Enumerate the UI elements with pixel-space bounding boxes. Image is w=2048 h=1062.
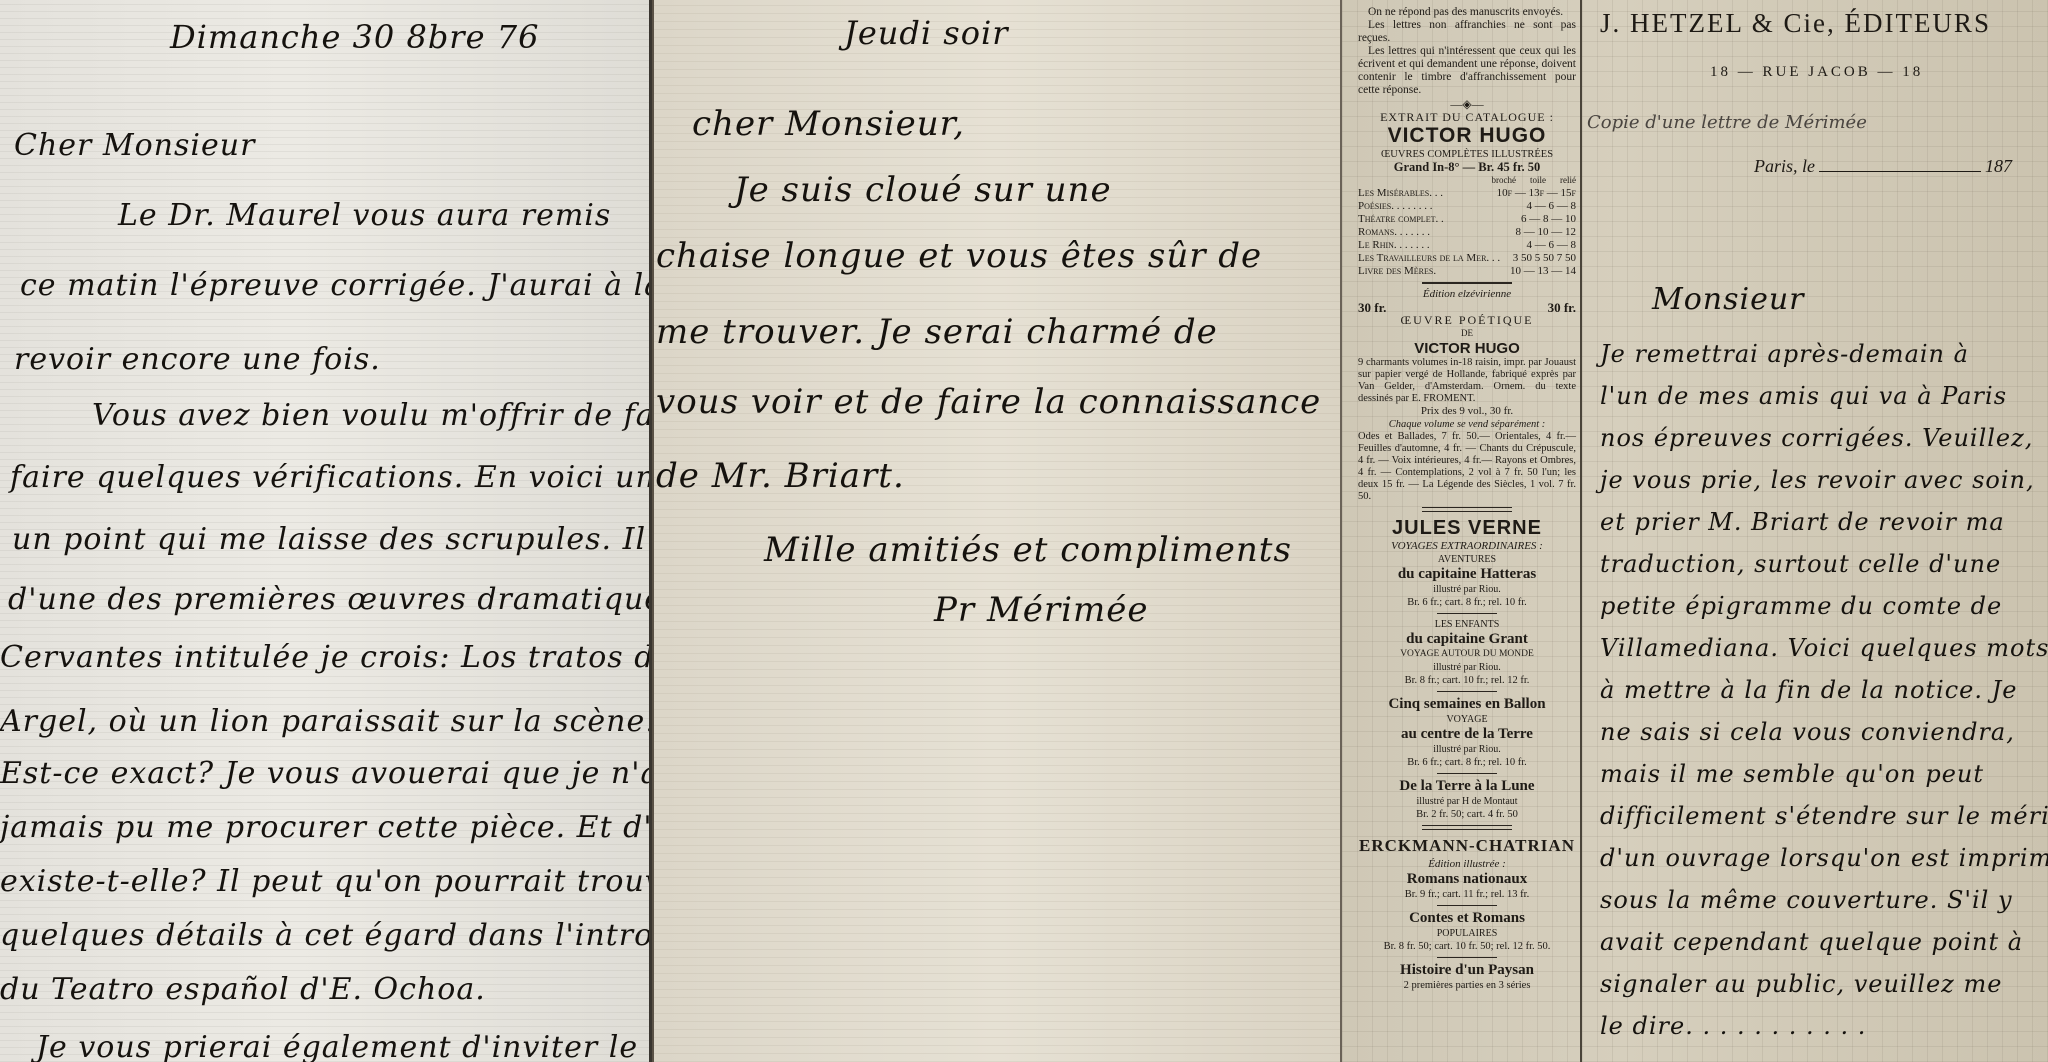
year-prefix: 187 [1985, 156, 2012, 176]
elzevir-title: ŒUVRE POÉTIQUE [1358, 314, 1576, 327]
catalogue-row: Théatre complet. .6 — 8 — 10 [1358, 213, 1576, 226]
row-title: Les Misérables. . . [1358, 187, 1443, 200]
book-illustrator: illustré par H de Montaut [1358, 795, 1576, 808]
book-sub: POPULAIRES [1358, 927, 1576, 940]
row-prices: 4 — 6 — 8 [1527, 239, 1577, 252]
catalogue-row: Livre des Mères.10 — 13 — 14 [1358, 265, 1576, 278]
book-price: 2 premières parties en 3 séries [1358, 979, 1576, 992]
row-title: Théatre complet. . [1358, 213, 1444, 226]
row-prices: 4 — 6 — 8 [1527, 200, 1577, 213]
column-header: relié [1560, 174, 1576, 187]
catalogue-column: On ne répond pas des manuscrits envoyés.… [1354, 0, 1582, 1062]
row-prices: 6 — 8 — 10 [1521, 213, 1576, 226]
divider [1437, 691, 1497, 692]
letter-line: quelques détails à cet égard dans l'intr… [0, 918, 652, 953]
letterhead-page: On ne répond pas des manuscrits envoyés.… [1342, 0, 2048, 1062]
letter-line: Le Dr. Maurel vous aura remis [118, 198, 611, 233]
book-title: Contes et Romans [1358, 910, 1576, 927]
verne-book: LES ENFANTS du capitaine Grant VOYAGE AU… [1358, 618, 1576, 687]
letter-line: me trouver. Je serai charmé de [656, 312, 1218, 352]
divider [1422, 825, 1512, 830]
letter-line: Argel, où un lion paraissait sur la scèn… [0, 704, 652, 739]
letter-line: mais il me semble qu'on peut [1600, 760, 1984, 788]
letter-page-left: Dimanche 30 8bre 76 Cher Monsieur Le Dr.… [0, 0, 652, 1062]
row-title: Romans. . . . . . . [1358, 226, 1430, 239]
letter-line: Villamediana. Voici quelques mots [1600, 634, 2048, 662]
divider [1437, 773, 1497, 774]
book-price: Br. 9 fr.; cart. 11 fr.; rel. 13 fr. [1358, 888, 1576, 901]
catalogue-notice: On ne répond pas des manuscrits envoyés.… [1358, 6, 1576, 97]
catalogue-row: Le Rhin. . . . . . .4 — 6 — 8 [1358, 239, 1576, 252]
book-illustrator: illustré par Riou. [1358, 661, 1576, 674]
letter-line: un point qui me laisse des scrupules. Il… [12, 522, 652, 557]
catalogue-row: Romans. . . . . . .8 — 10 — 12 [1358, 226, 1576, 239]
letter-line: ne sais si cela vous conviendra, [1600, 718, 2015, 746]
book-illustrator: illustré par Riou. [1358, 743, 1576, 756]
date-blank [1819, 171, 1981, 172]
book-sub: VOYAGE AUTOUR DU MONDE [1358, 648, 1576, 661]
letter-salutation: Cher Monsieur [14, 128, 255, 163]
letter-line: le dire. . . . . . . . . . . [1600, 1012, 1866, 1040]
row-title: Poésies. . . . . . . . [1358, 200, 1432, 213]
letter-line: Je remettrai après-demain à [1600, 340, 1969, 368]
letter-salutation: Monsieur [1652, 282, 1805, 317]
author-erckmann: ERCKMANN-CHATRIAN [1358, 834, 1576, 858]
erckmann-edition: Édition illustrée : [1358, 858, 1576, 871]
archival-annotation: Copie d'une lettre de Mérimée [1587, 112, 1867, 133]
hugo-format: Grand In-8° — Br. 45 fr. 50 [1358, 161, 1576, 174]
verne-book: AVENTURES du capitaine Hatteras illustré… [1358, 553, 1576, 609]
row-prices: 10f — 13f — 15f [1497, 187, 1576, 200]
elzevir-note: Chaque volume se vend séparément : [1358, 418, 1576, 431]
letter-line: et prier M. Briart de revoir ma [1600, 508, 2005, 536]
book-price: Br. 6 fr.; cart. 8 fr.; rel. 10 fr. [1358, 756, 1576, 769]
letter-line: à mettre à la fin de la notice. Je [1600, 676, 2017, 704]
elzevir-price: Prix des 9 vol., 30 fr. [1358, 405, 1576, 418]
letter-line: Je vous prierai également d'inviter le [36, 1030, 638, 1062]
letter-line: jamais pu me procurer cette pièce. Et d'… [0, 810, 652, 845]
book-price: Br. 2 fr. 50; cart. 4 fr. 50 [1358, 808, 1576, 821]
price-left: 30 fr. [1358, 301, 1386, 314]
letterhead-address: 18 — RUE JACOB — 18 [1710, 64, 1923, 81]
letter-line: sous la même couverture. S'il y [1600, 886, 2013, 914]
letter-page-middle: Jeudi soir cher Monsieur, Je suis cloué … [652, 0, 1342, 1062]
letter-line: revoir encore une fois. [14, 342, 381, 377]
divider [1437, 957, 1497, 958]
letter-date: Jeudi soir [844, 14, 1008, 52]
book-price: Br. 6 fr.; cart. 8 fr.; rel. 10 fr. [1358, 596, 1576, 609]
row-prices: 8 — 10 — 12 [1516, 226, 1577, 239]
date-prefix: Paris, le [1754, 156, 1815, 176]
letter-line: nos épreuves corrigées. Veuillez, [1600, 424, 2033, 452]
author-verne: JULES VERNE [1358, 516, 1576, 540]
book-title: du capitaine Hatteras [1358, 566, 1576, 583]
book-title: au centre de la Terre [1358, 726, 1576, 743]
letter-closing: Mille amitiés et compliments [764, 530, 1292, 570]
letter-line: existe-t-elle? Il peut qu'on pourrait tr… [0, 864, 652, 899]
row-title: Livre des Mères. [1358, 265, 1436, 278]
letter-line: avait cependant quelque point à [1600, 928, 2023, 956]
letter-line: je vous prie, les revoir avec soin, [1600, 466, 2035, 494]
column-header: toile [1530, 174, 1546, 187]
letterhead-title: J. HETZEL & Cie, ÉDITEURS [1600, 8, 1991, 39]
letter-salutation: cher Monsieur, [692, 104, 965, 144]
ornament-icon: —◈— [1358, 97, 1576, 111]
divider [1437, 905, 1497, 906]
letter-line: chaise longue et vous êtes sûr de [656, 236, 1262, 276]
letter-line: du Teatro español d'E. Ochoa. [0, 972, 486, 1007]
notice-line: Les lettres non affranchies ne sont pas … [1358, 19, 1576, 45]
book-title: Histoire d'un Paysan [1358, 962, 1576, 979]
elzevir-edition: Édition elzévirienne [1358, 288, 1576, 301]
elzevir-description: 9 charmants volumes in-18 raisin, impr. … [1358, 357, 1576, 405]
letter-line: d'une des premières œuvres dramatiques d… [8, 582, 652, 617]
book-illustrator: illustré par Riou. [1358, 583, 1576, 596]
catalogue-row: Les Travailleurs de la Mer. . .3 50 5 50… [1358, 252, 1576, 265]
catalogue-heading: EXTRAIT DU CATALOGUE : [1358, 111, 1576, 124]
row-title: Le Rhin. . . . . . . [1358, 239, 1430, 252]
letter-line: petite épigramme du comte de [1600, 592, 2002, 620]
catalogue-row: Poésies. . . . . . . .4 — 6 — 8 [1358, 200, 1576, 213]
notice-line: On ne répond pas des manuscrits envoyés. [1358, 6, 1576, 19]
letter-line: Je suis cloué sur une [734, 170, 1112, 210]
book-title: du capitaine Grant [1358, 631, 1576, 648]
letter-line: l'un de mes amis qui va à Paris [1600, 382, 2007, 410]
book-pre: AVENTURES [1358, 553, 1576, 566]
letter-line: signaler au public, veuillez me [1600, 970, 2002, 998]
row-prices: 3 50 5 50 7 50 [1513, 252, 1576, 265]
letter-line: Est-ce exact? Je vous avouerai que je n'… [0, 756, 652, 791]
letterhead-date-line: Paris, le187 [1754, 156, 2012, 177]
letter-line: traduction, surtout celle d'une [1600, 550, 2001, 578]
letter-line: vous voir et de faire la connaissance [656, 382, 1321, 422]
column-header: broché [1492, 174, 1517, 187]
book-price: Br. 8 fr.; cart. 10 fr.; rel. 12 fr. [1358, 674, 1576, 687]
catalogue-row: Les Misérables. . .10f — 13f — 15f [1358, 187, 1576, 200]
letter-line: ce matin l'épreuve corrigée. J'aurai à l… [20, 268, 652, 303]
elzevir-author: VICTOR HUGO [1358, 340, 1576, 357]
elzevir-de: DE [1358, 327, 1576, 340]
book-title: Romans nationaux [1358, 871, 1576, 888]
row-title: Les Travailleurs de la Mer. . . [1358, 252, 1500, 265]
letter-line: de Mr. Briart. [656, 456, 905, 496]
notice-line: Les lettres qui n'intéressent que ceux q… [1358, 45, 1576, 97]
book-price: Br. 8 fr. 50; cart. 10 fr. 50; rel. 12 f… [1358, 940, 1576, 953]
book-title: Cinq semaines en Ballon [1358, 696, 1576, 713]
letter-line: faire quelques vérifications. En voici u… [10, 460, 652, 495]
verne-series: VOYAGES EXTRAORDINAIRES : [1358, 540, 1576, 553]
letter-line: d'un ouvrage lorsqu'on est imprimé [1600, 844, 2048, 872]
divider [1437, 613, 1497, 614]
row-prices: 10 — 13 — 14 [1510, 265, 1576, 278]
book-pre: LES ENFANTS [1358, 618, 1576, 631]
book-pre: VOYAGE [1358, 713, 1576, 726]
letter-line: Vous avez bien voulu m'offrir de faire [92, 398, 652, 433]
author-hugo: VICTOR HUGO [1358, 124, 1576, 148]
book-title: De la Terre à la Lune [1358, 778, 1576, 795]
price-columns: broché toile relié [1358, 174, 1576, 187]
divider [1422, 282, 1512, 284]
letter-signature: Pr Mérimée [934, 590, 1148, 630]
letter-date: Dimanche 30 8bre 76 [170, 18, 539, 56]
price-right: 30 fr. [1548, 301, 1576, 314]
elzevir-list: Odes et Ballades, 7 fr. 50.— Orientales,… [1358, 431, 1576, 503]
divider [1422, 507, 1512, 512]
letter-line: difficilement s'étendre sur le mérite [1600, 802, 2048, 830]
letter-line: Cervantes intitulée je crois: Los tratos… [0, 640, 652, 675]
